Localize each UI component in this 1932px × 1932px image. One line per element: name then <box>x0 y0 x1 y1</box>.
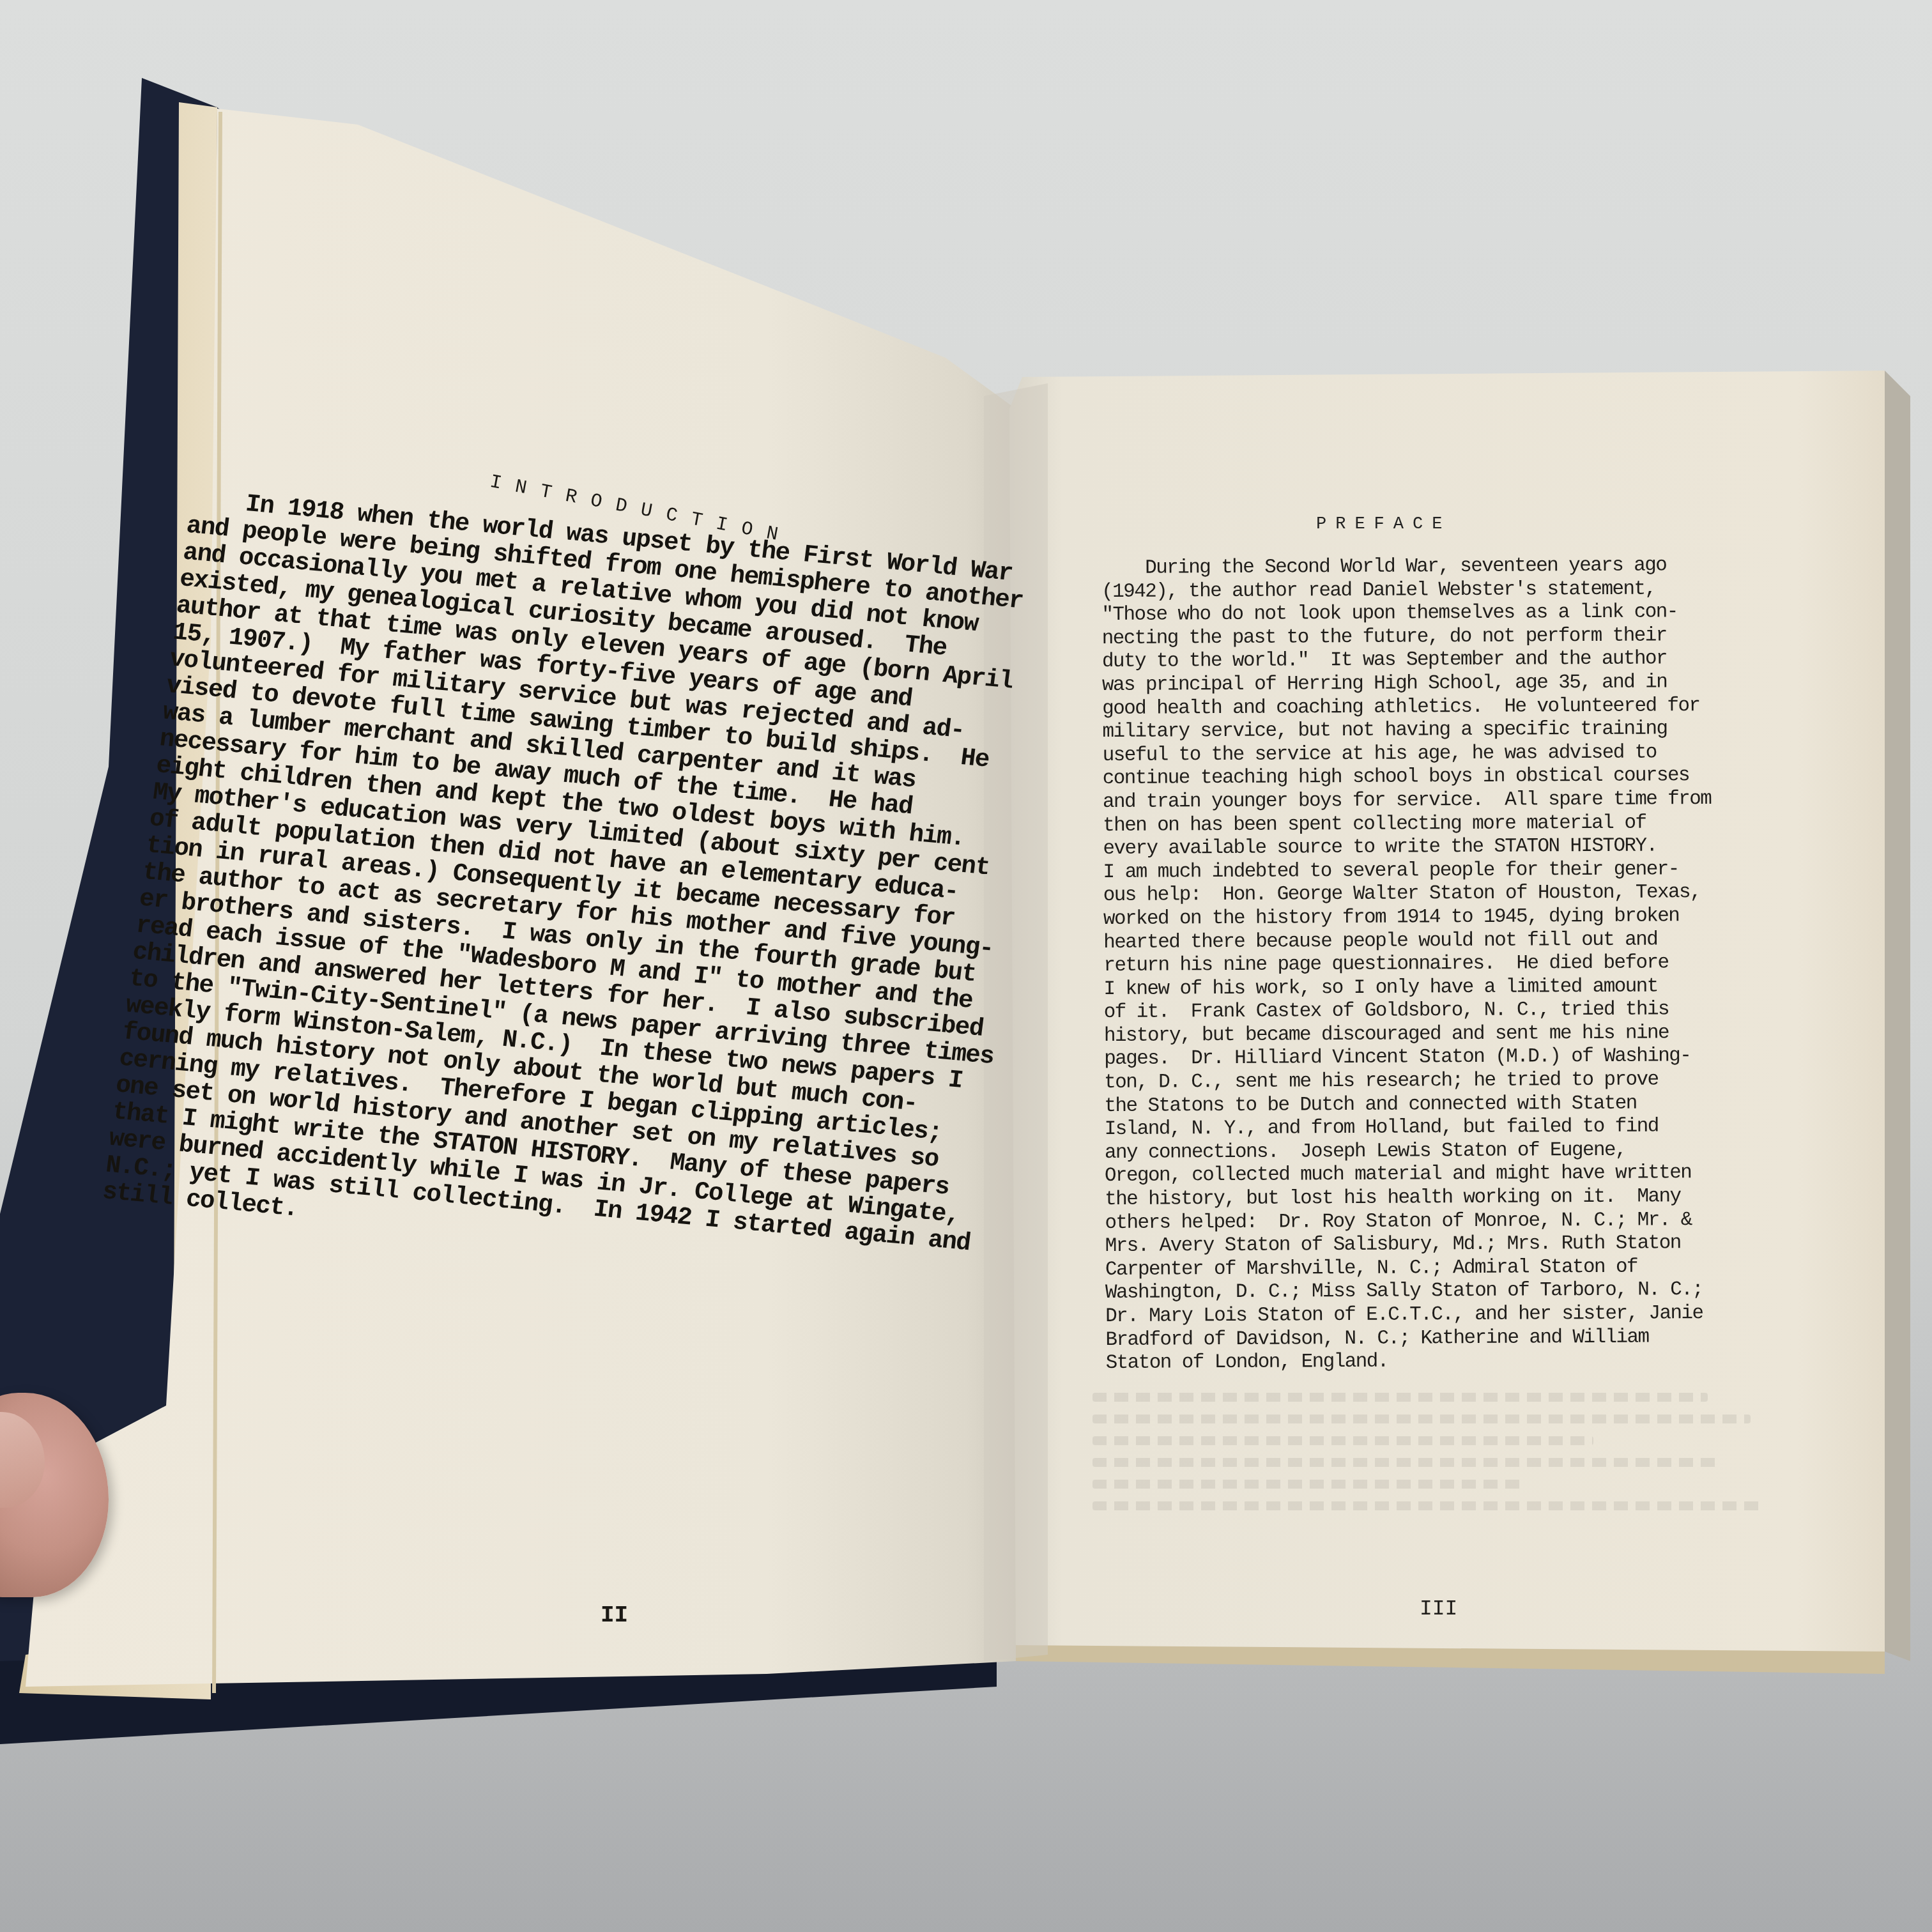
text-line: every available source to write the STAT… <box>1103 834 1711 861</box>
text-line: ous help: Hon. George Walter Staton of H… <box>1103 881 1712 908</box>
text-line: Mrs. Avery Staton of Salisbury, Md.; Mrs… <box>1105 1232 1713 1259</box>
text-line: and train younger boys for service. All … <box>1103 788 1711 815</box>
text-line: others helped: Dr. Roy Staton of Monroe,… <box>1105 1209 1713 1236</box>
text-line: Staton of London, England. <box>1106 1349 1714 1376</box>
text-line: duty to the world." It was September and… <box>1102 647 1710 674</box>
text-line: pages. Dr. Hilliard Vincent Staton (M.D.… <box>1104 1045 1712 1071</box>
photo-scene: INTRODUCTION In 1918 when the world was … <box>0 0 1932 1932</box>
text-line: hearted there because people would not f… <box>1103 928 1712 955</box>
text-line: was principal of Herring High School, ag… <box>1102 671 1710 698</box>
text-line: of it. Frank Castex of Goldsboro, N. C.,… <box>1104 998 1712 1025</box>
text-line: Washington, D. C.; Miss Sally Staton of … <box>1105 1278 1713 1305</box>
preface-body: During the Second World War, seventeen y… <box>1101 554 1714 1376</box>
text-line: Carpenter of Marshville, N. C.; Admiral … <box>1105 1255 1713 1282</box>
text-line: then on has been spent collecting more m… <box>1103 811 1711 838</box>
page-number-left: II <box>601 1602 628 1629</box>
page-number-right: III <box>1420 1597 1457 1621</box>
text-line: Island, N. Y., and from Holland, but fai… <box>1105 1115 1713 1142</box>
text-line: good health and coaching athletics. He v… <box>1102 694 1710 721</box>
text-line: useful to the service at his age, he was… <box>1103 741 1711 768</box>
preface-heading: PREFACE <box>1316 515 1451 534</box>
text-line: "Those who do not look upon themselves a… <box>1101 601 1710 627</box>
text-line: During the Second World War, seventeen y… <box>1101 554 1710 581</box>
text-line: Oregon, collected much material and migh… <box>1105 1161 1713 1188</box>
text-line: necting the past to the future, do not p… <box>1102 624 1710 651</box>
introduction-body: In 1918 when the world was upset by the … <box>101 486 1056 1284</box>
thumbnail <box>0 1412 45 1508</box>
text-line: Bradford of Davidson, N. C.; Katherine a… <box>1105 1326 1713 1353</box>
text-line: Dr. Mary Lois Staton of E.C.T.C., and he… <box>1105 1302 1713 1329</box>
text-line: I am much indebted to several people for… <box>1103 858 1711 885</box>
text-line: worked on the history from 1914 to 1945,… <box>1103 905 1712 931</box>
text-line: the Statons to be Dutch and connected wi… <box>1104 1092 1712 1119</box>
text-line: the history, but lost his health working… <box>1105 1185 1713 1212</box>
text-line: ton, D. C., sent me his research; he tri… <box>1104 1068 1712 1095</box>
text-line: continue teaching high school boys in ob… <box>1103 764 1711 791</box>
text-line: I knew of his work, so I only have a lim… <box>1103 975 1712 1002</box>
text-line: military service, but not having a speci… <box>1102 717 1710 744</box>
text-line: (1942), the author read Daniel Webster's… <box>1101 578 1710 604</box>
text-line: any connections. Joseph Lewis Staton of … <box>1105 1138 1713 1165</box>
text-line: return his nine page questionnaires. He … <box>1103 951 1712 978</box>
text-line: history, but became discouraged and sent… <box>1104 1022 1712 1048</box>
